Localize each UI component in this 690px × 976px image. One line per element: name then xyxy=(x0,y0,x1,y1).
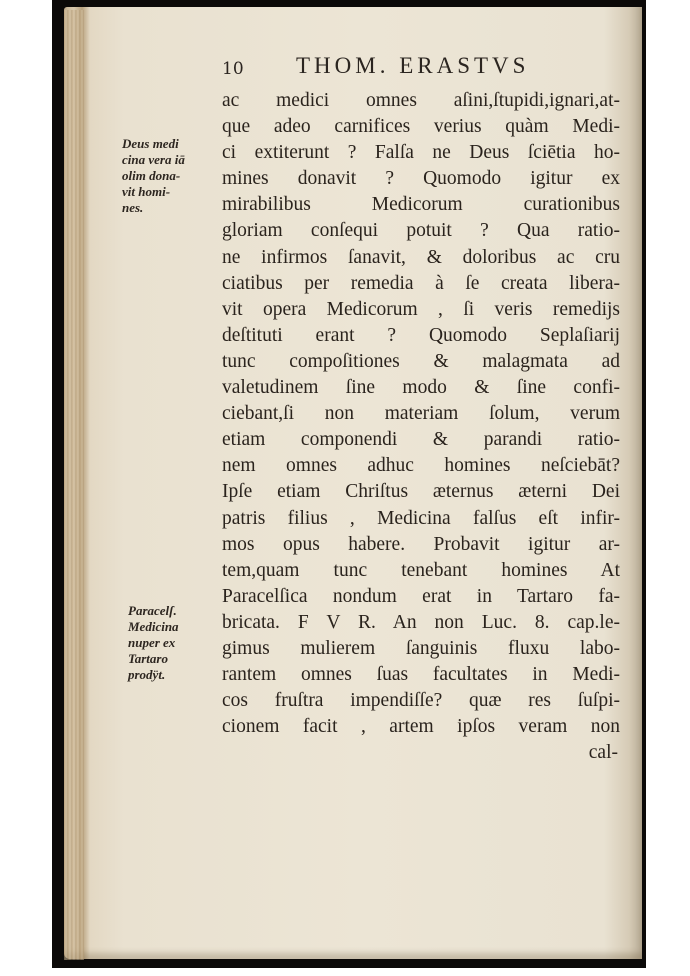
text-line: vit opera Medicorum , ſi veris remedijs xyxy=(222,297,620,323)
margin-note-paracelsus: Paracelſ. Medicina nuper ex Tartaro prod… xyxy=(128,603,179,683)
catchword: cal- xyxy=(222,740,620,766)
margin-note-line: Deus medi xyxy=(122,136,185,152)
margin-note-line: olim dona- xyxy=(122,168,185,184)
text-line: cionem facit , artem ipſos veram non xyxy=(222,714,620,740)
margin-note-deus-medicina: Deus medi cina vera iā olim dona- vit ho… xyxy=(122,136,185,216)
body-text-block: ac medici omnes aſini,ſtupidi,ignari,at-… xyxy=(222,88,620,766)
text-line: mines donavit ? Quomodo igitur ex xyxy=(222,166,620,192)
text-line: Paracelſica nondum erat in Tartaro fa- xyxy=(222,584,620,610)
text-line: rantem omnes ſuas facultates in Medi- xyxy=(222,662,620,688)
text-line: bricata. F V R. An non Luc. 8. cap.le- xyxy=(222,610,620,636)
page-number: 10 xyxy=(222,59,244,79)
text-line: ci extiterunt ? Falſa ne Deus ſciētia ho… xyxy=(222,140,620,166)
text-line: ciatibus per remedia à ſe creata libera- xyxy=(222,271,620,297)
running-title: THOM. ERASTVS xyxy=(296,53,529,79)
text-line: ac medici omnes aſini,ſtupidi,ignari,at- xyxy=(222,88,620,114)
text-line: mirabilibus Medicorum curationibus xyxy=(222,192,620,218)
text-line: nem omnes adhuc homines neſciebāt? xyxy=(222,453,620,479)
text-line: tunc compoſitiones & malagmata ad xyxy=(222,349,620,375)
text-line: patris filius , Medicina falſus eſt infi… xyxy=(222,506,620,532)
text-line: tem,quam tunc tenebant homines At xyxy=(222,558,620,584)
margin-note-line: nuper ex xyxy=(128,635,179,651)
page-fore-edges xyxy=(64,10,84,960)
margin-note-line: Medicina xyxy=(128,619,179,635)
margin-note-line: nes. xyxy=(122,200,185,216)
text-line: cos fruſtra impendiſſe? quæ res ſuſpi- xyxy=(222,688,620,714)
margin-note-line: vit homi- xyxy=(122,184,185,200)
text-line: deſtituti erant ? Quomodo Seplaſiarij xyxy=(222,323,620,349)
text-line: gloriam conſequi potuit ? Qua ratio- xyxy=(222,218,620,244)
margin-note-line: Paracelſ. xyxy=(128,603,179,619)
text-line: ciebant,ſi non materiam ſolum, verum xyxy=(222,401,620,427)
text-line: gimus mulierem ſanguinis fluxu labo- xyxy=(222,636,620,662)
text-line: valetudinem ſine modo & ſine confi- xyxy=(222,375,620,401)
text-line: etiam componendi & parandi ratio- xyxy=(222,427,620,453)
text-line: ne infirmos ſanavit, & doloribus ac cru xyxy=(222,245,620,271)
page-header: 10 THOM. ERASTVS xyxy=(222,53,572,83)
margin-note-line: cina vera iā xyxy=(122,152,185,168)
text-line: mos opus habere. Probavit igitur ar- xyxy=(222,532,620,558)
text-line: Ipſe etiam Chriſtus æternus æterni Dei xyxy=(222,479,620,505)
margin-note-line: prodÿt. xyxy=(128,667,179,683)
margin-note-line: Tartaro xyxy=(128,651,179,667)
text-line: que adeo carnifices verius quàm Medi- xyxy=(222,114,620,140)
